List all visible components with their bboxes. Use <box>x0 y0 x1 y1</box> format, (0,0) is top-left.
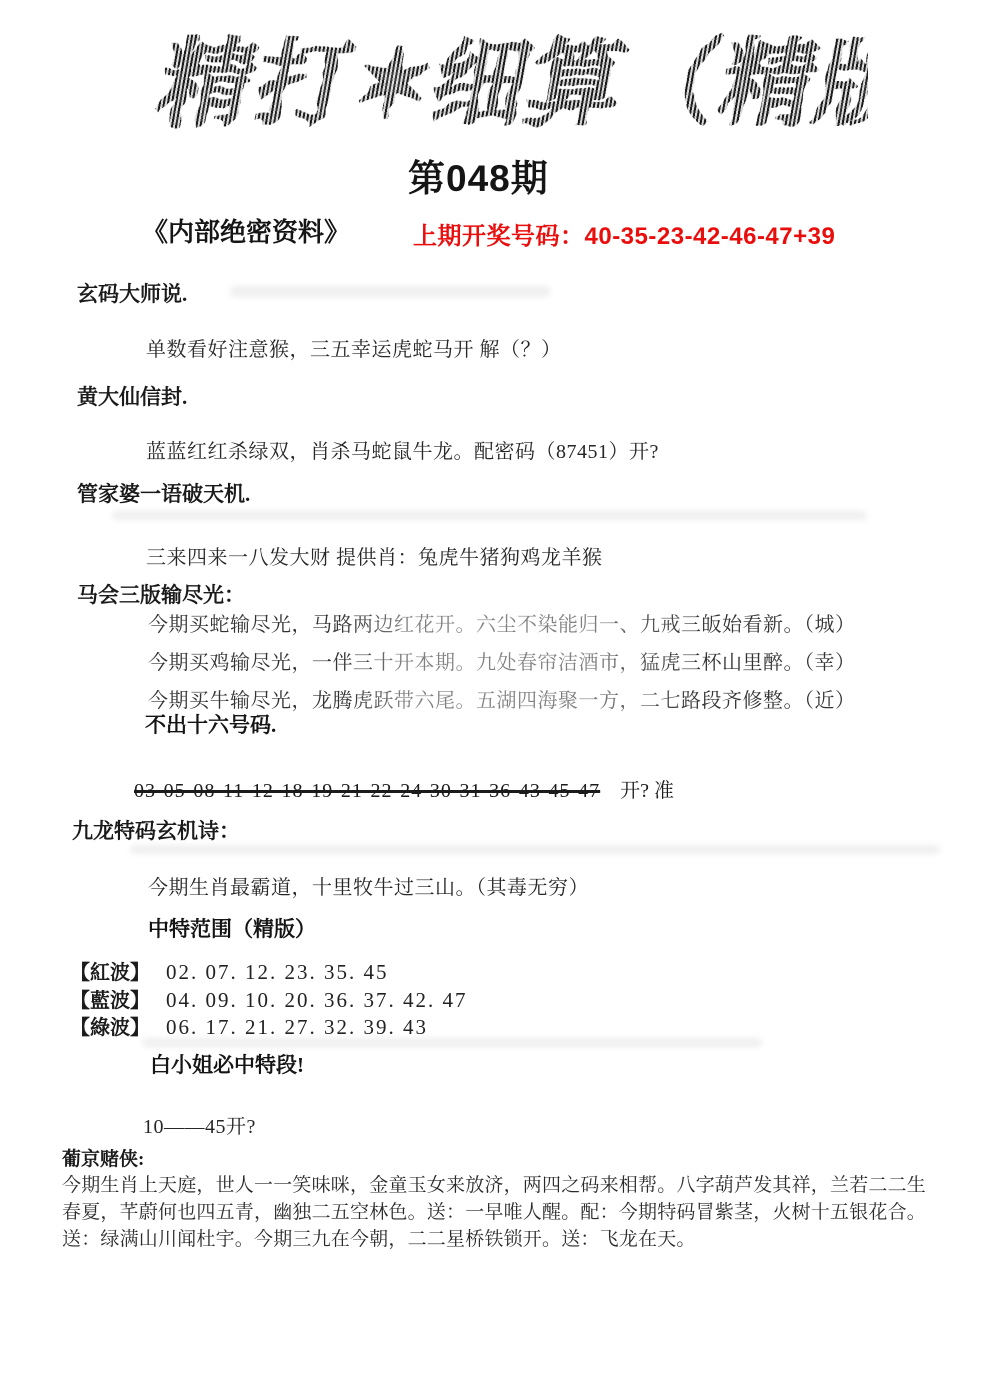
excluded-verdict: 开? 准 <box>620 774 674 803</box>
excluded-numbers: 03-05-08-11-12-18-19-21-22-24-30-31-36-4… <box>134 780 600 803</box>
masthead-title-graphic: 精打✶细算（精版） <box>138 14 868 156</box>
wave-row-red: 【紅波】 02. 07. 12. 23. 35. 45 <box>70 956 389 985</box>
section-heading-huangdaxian: 黄大仙信封. <box>77 381 187 411</box>
jiulong-verse: 今期生肖最霸道，十里牧牛过三山。（其毒无穷） <box>148 871 589 900</box>
lottery-tip-sheet-page: 精打✶细算（精版） 第048期 《内部绝密资料》 上期开奖号码：40-35-23… <box>0 0 981 1388</box>
pujing-line: 今期生肖上天庭，世人一一笑味咪，金童玉女来放济，两四之码来相帮。八字葫芦发其祥，… <box>62 1170 926 1197</box>
issue-number: 第048期 <box>408 148 549 202</box>
mahui-line: 今期买蛇输尽光，马路两边红花开。六尘不染能归一、九戒三皈始看新。（城） <box>148 608 856 637</box>
huangdaxian-verse: 蓝蓝红红杀绿双，肖杀马蛇鼠牛龙。配密码（87451）开? <box>146 435 659 464</box>
section-heading-pujing: 葡京赌侠: <box>62 1144 144 1171</box>
source-label: 《内部绝密资料》 <box>142 212 350 249</box>
wave-numbers-blue: 04. 09. 10. 20. 36. 37. 42. 47 <box>166 988 468 1013</box>
section-heading-xuanma: 玄码大师说. <box>77 278 187 308</box>
section-heading-mahui: 马会三版输尽光： <box>77 579 245 609</box>
mahui-subheading: 不出十六号码. <box>145 709 276 739</box>
masthead-title-text: 精打✶细算（精版） <box>150 32 868 137</box>
baixiaojie-range: 10——45开? <box>143 1110 256 1139</box>
section-heading-guanjiapo: 管家婆一语破天机. <box>77 478 250 508</box>
scan-artifact <box>112 511 867 520</box>
wave-row-blue: 【藍波】 04. 09. 10. 20. 36. 37. 42. 47 <box>70 984 468 1013</box>
masthead-calligraphy: 精打✶细算（精版） <box>138 14 868 156</box>
scan-artifact <box>230 286 550 297</box>
wave-numbers-red: 02. 07. 12. 23. 35. 45 <box>166 960 389 985</box>
section-heading-jiulong: 九龙特码玄机诗： <box>72 815 240 845</box>
xuanma-verse: 单数看好注意猴，三五幸运虎蛇马开 解（？） <box>146 333 562 362</box>
excluded-numbers-row: 03-05-08-11-12-18-19-21-22-24-30-31-36-4… <box>134 774 674 803</box>
wave-row-green: 【綠波】 06. 17. 21. 27. 32. 39. 43 <box>70 1011 428 1040</box>
scan-artifact <box>142 1038 762 1047</box>
wave-numbers-green: 06. 17. 21. 27. 32. 39. 43 <box>166 1015 428 1040</box>
scan-artifact <box>130 845 940 854</box>
baixiaojie-heading: 白小姐必中特段! <box>150 1049 304 1079</box>
wave-label-green: 【綠波】 <box>70 1011 150 1040</box>
pujing-line: 送：绿满山川闻杜宇。今期三九在今朝，二二星桥铁锁开。送：飞龙在天。 <box>62 1224 696 1251</box>
wave-label-blue: 【藍波】 <box>70 984 150 1013</box>
jiulong-subheading: 中特范围（精版） <box>148 913 316 943</box>
mahui-line: 今期买鸡输尽光，一伴三十开本期。九处春帘洁酒市，猛虎三杯山里醉。（幸） <box>148 646 856 675</box>
wave-label-red: 【紅波】 <box>70 956 150 985</box>
last-draw-result: 上期开奖号码：40-35-23-42-46-47+39 <box>413 216 835 251</box>
pujing-line: 春夏，芊蔚何也四五青，幽独二五空林色。送：一早唯人醒。配：今期特码冒紫茎，火树十… <box>62 1197 926 1224</box>
guanjiapo-verse: 三来四来一八发大财 提供肖：兔虎牛猪狗鸡龙羊猴 <box>146 541 603 570</box>
